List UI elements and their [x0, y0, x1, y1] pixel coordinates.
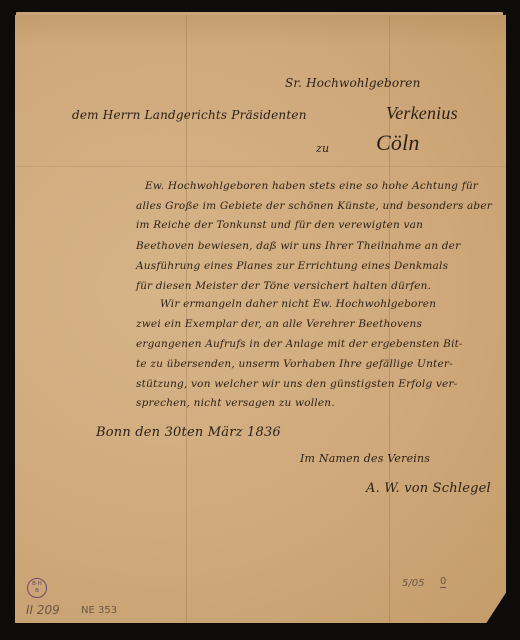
body-line: Ew. Hochwohlgeboren haben stets eine so … [145, 180, 478, 192]
fold-line [15, 166, 506, 167]
inventory-number: NE 353 [81, 605, 117, 616]
signature: A. W. von Schlegel [366, 481, 491, 496]
on-behalf-line: Im Namen des Vereins [300, 452, 430, 465]
address-recipient-name: Verkenius [386, 103, 458, 124]
body-line: Beethoven bewiesen, daß wir uns Ihrer Th… [136, 240, 460, 252]
pencil-note-underlined: 0 [440, 576, 446, 588]
body-line: Wir ermangeln daher nicht Ew. Hochwohlge… [160, 298, 436, 310]
body-line: für diesen Meister der Töne versichert h… [136, 280, 431, 292]
body-line: ergangenen Aufrufs in der Anlage mit der… [136, 338, 463, 350]
body-line: im Reiche der Tonkunst und für den verew… [136, 219, 423, 231]
stamp-text-bottom: B [28, 588, 46, 595]
body-line: alles Große im Gebiete der schönen Künst… [136, 200, 492, 212]
body-line: zwei ein Exemplar der, an alle Verehrer … [136, 318, 422, 330]
place-date: Bonn den 30ten März 1836 [96, 425, 281, 440]
body-line: Ausführung eines Planes zur Errichtung e… [136, 260, 448, 272]
address-salutation: Sr. Hochwohlgeboren [285, 76, 421, 90]
pencil-note: 5/05 [402, 578, 424, 589]
shelfmark: II 209 [26, 603, 60, 617]
body-line: te zu übersenden, unserm Vorhaben Ihre g… [136, 358, 453, 370]
address-preposition: zu [316, 142, 329, 155]
address-city: Cöln [376, 130, 420, 156]
body-line: sprechen, nicht versagen zu wollen. [136, 397, 335, 409]
stamp-text-top: B·H [28, 581, 46, 588]
library-stamp: B·H B [27, 578, 47, 598]
body-line: stützung, von welcher wir uns den günsti… [136, 378, 457, 390]
address-recipient-line: dem Herrn Landgerichts Präsidenten [72, 108, 307, 122]
